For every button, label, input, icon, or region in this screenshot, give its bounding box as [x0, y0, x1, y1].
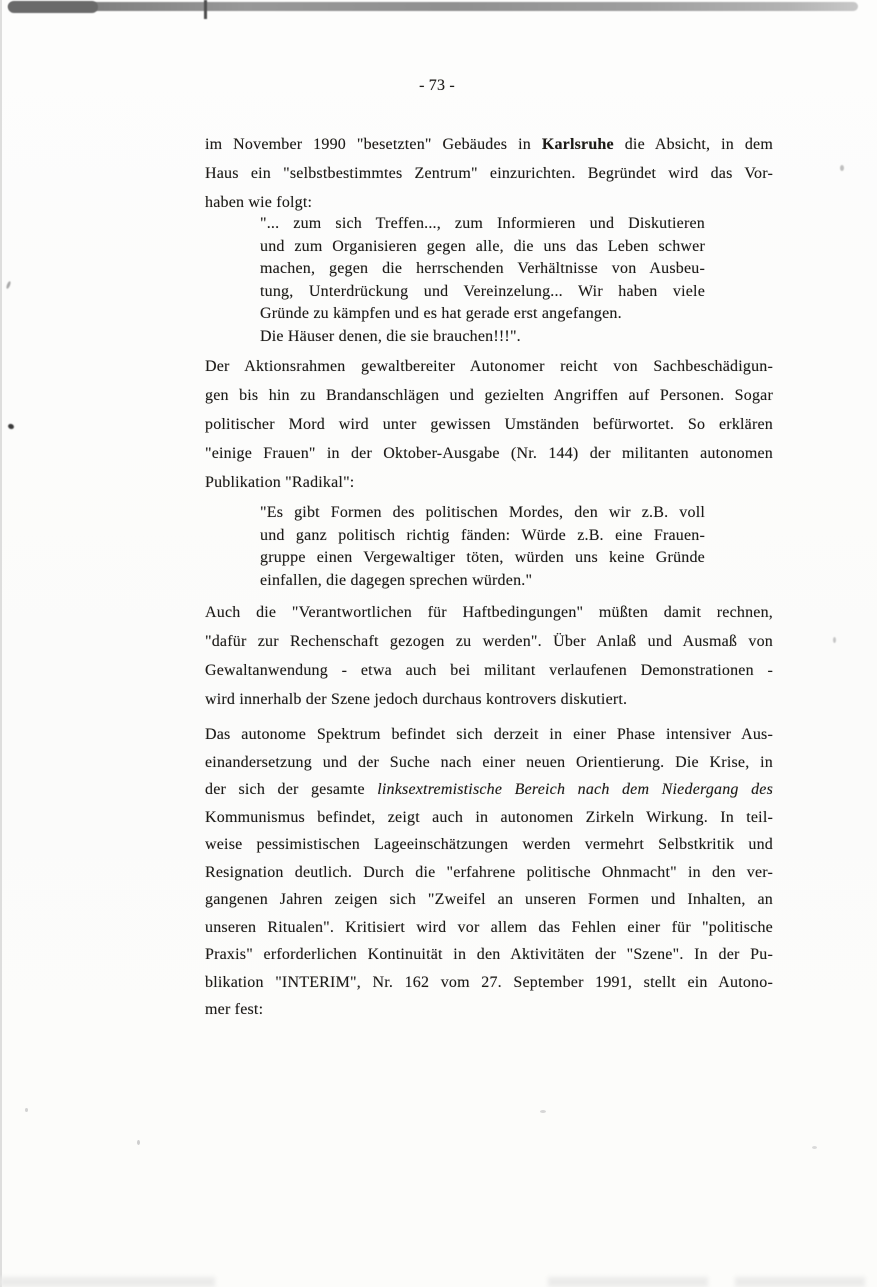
- text-line: Gründe zu kämpfen und es hat gerade erst…: [260, 303, 705, 326]
- text-segment: Gewaltanwendung - etwa auch bei militant…: [205, 662, 773, 679]
- text-segment: blikation "INTERIM", Nr. 162 vom 27. Sep…: [205, 974, 773, 991]
- text-line: machen, gegen die herrschenden Verhältni…: [260, 258, 705, 281]
- text-segment: linksextremistische Bereich nach dem Nie…: [377, 781, 773, 798]
- scan-artifact-top-tick: [204, 0, 207, 19]
- scan-artifact-speck: [833, 637, 836, 643]
- text-line: einfallen, die dagegen sprechen würden.": [260, 570, 705, 593]
- text-line: politischer Mord wird unter gewissen Ums…: [205, 410, 773, 439]
- text-line: einandersetzung und der Suche nach einer…: [205, 749, 773, 777]
- text-segment: die Absicht, in dem: [614, 136, 773, 153]
- paragraph-2: Der Aktionsrahmen gewaltbereiter Autonom…: [205, 352, 773, 497]
- text-segment: machen, gegen die herrschenden Verhältni…: [260, 260, 705, 277]
- text-line: und ganz politisch richtig fänden: Würde…: [260, 525, 705, 548]
- scan-artifact-speck: [840, 165, 844, 171]
- paragraph-4: Das autonome Spektrum befindet sich derz…: [205, 721, 773, 1024]
- scan-edge-shadow: [0, 0, 2, 1287]
- text-segment: "... zum sich Treffen..., zum Informiere…: [260, 215, 705, 232]
- text-line: Der Aktionsrahmen gewaltbereiter Autonom…: [205, 352, 773, 381]
- scan-artifact-bottom-smudge: [548, 1277, 708, 1287]
- scan-artifact-bottom-smudge: [0, 1277, 215, 1287]
- text-line: Praxis" erforderlichen Kontinuität in de…: [205, 941, 773, 969]
- text-segment: Gründe zu kämpfen und es hat gerade erst…: [260, 305, 622, 322]
- text-segment: haben wie folgt:: [205, 194, 312, 211]
- text-segment: gen bis hin zu Brandanschlägen und gezie…: [205, 387, 773, 404]
- text-line: Auch die "Verantwortlichen für Haftbedin…: [205, 598, 773, 627]
- page-number: - 73 -: [0, 76, 874, 96]
- text-line: im November 1990 "besetzten" Gebäudes in…: [205, 130, 773, 159]
- text-segment: einandersetzung und der Suche nach einer…: [205, 754, 773, 771]
- text-segment: Resignation deutlich. Durch die "erfahre…: [205, 864, 773, 881]
- text-segment: Publikation "Radikal":: [205, 474, 354, 491]
- paragraph-3: Auch die "Verantwortlichen für Haftbedin…: [205, 598, 773, 714]
- scan-artifact-speck: [25, 1108, 28, 1112]
- scan-artifact-ink-dot: [7, 423, 15, 430]
- text-segment: Der Aktionsrahmen gewaltbereiter Autonom…: [205, 358, 773, 375]
- text-line: Publikation "Radikal":: [205, 468, 773, 497]
- text-line: - 73 -: [0, 76, 874, 96]
- text-segment: politischer Mord wird unter gewissen Ums…: [205, 416, 773, 433]
- text-segment: - 73 -: [419, 77, 455, 94]
- text-line: Haus ein "selbstbestimmtes Zentrum" einz…: [205, 159, 773, 188]
- text-line: "Es gibt Formen des politischen Mordes, …: [260, 502, 705, 525]
- text-segment: Haus ein "selbstbestimmtes Zentrum" einz…: [205, 165, 773, 182]
- text-line: Kommunismus befindet, zeigt auch in auto…: [205, 804, 773, 832]
- paragraph-1: im November 1990 "besetzten" Gebäudes in…: [205, 130, 773, 217]
- text-line: Die Häuser denen, die sie brauchen!!!".: [260, 326, 705, 349]
- text-line: der sich der gesamte linksextremistische…: [205, 776, 773, 804]
- text-segment: einfallen, die dagegen sprechen würden.": [260, 572, 532, 589]
- scan-artifact-top-bar: [8, 2, 858, 11]
- text-line: "einige Frauen" in der Oktober-Ausgabe (…: [205, 439, 773, 468]
- text-line: Resignation deutlich. Durch die "erfahre…: [205, 859, 773, 887]
- text-segment: Die Häuser denen, die sie brauchen!!!".: [260, 328, 521, 345]
- text-segment: unseren Ritualen". Kritisiert wird vor a…: [205, 919, 773, 936]
- text-line: "... zum sich Treffen..., zum Informiere…: [260, 213, 705, 236]
- scan-artifact-bottom-smudge: [735, 1277, 865, 1287]
- text-line: unseren Ritualen". Kritisiert wird vor a…: [205, 914, 773, 942]
- scan-artifact-speck: [540, 1110, 546, 1113]
- text-line: Gewaltanwendung - etwa auch bei militant…: [205, 656, 773, 685]
- text-segment: gangenen Jahren zeigen sich "Zweifel an …: [205, 891, 773, 908]
- blockquote-2: "Es gibt Formen des politischen Mordes, …: [260, 502, 705, 592]
- text-segment: wird innerhalb der Szene jedoch durchaus…: [205, 691, 627, 708]
- text-segment: Karlsruhe: [542, 136, 614, 153]
- text-segment: der sich der gesamte: [205, 781, 377, 798]
- text-segment: "dafür zur Rechenschaft gezogen zu werde…: [205, 633, 773, 650]
- text-segment: im November 1990 "besetzten" Gebäudes in: [205, 136, 542, 153]
- text-segment: mer fest:: [205, 1001, 263, 1018]
- text-segment: "einige Frauen" in der Oktober-Ausgabe (…: [205, 445, 773, 462]
- text-segment: weise pessimistischen Lageeinschätzungen…: [205, 836, 773, 853]
- text-line: gen bis hin zu Brandanschlägen und gezie…: [205, 381, 773, 410]
- page: - 73 -im November 1990 "besetzten" Gebäu…: [0, 0, 877, 1287]
- text-line: blikation "INTERIM", Nr. 162 vom 27. Sep…: [205, 969, 773, 997]
- text-segment: und zum Organisieren gegen alle, die uns…: [260, 238, 705, 255]
- scan-artifact-slash-mark: [6, 281, 12, 290]
- text-line: mer fest:: [205, 996, 773, 1024]
- text-segment: Das autonome Spektrum befindet sich derz…: [205, 726, 773, 743]
- text-line: und zum Organisieren gegen alle, die uns…: [260, 236, 705, 259]
- blockquote-1: "... zum sich Treffen..., zum Informiere…: [260, 213, 705, 348]
- text-line: wird innerhalb der Szene jedoch durchaus…: [205, 685, 773, 714]
- text-segment: gruppe einen Vergewaltiger töten, würden…: [260, 549, 705, 566]
- text-line: gruppe einen Vergewaltiger töten, würden…: [260, 547, 705, 570]
- text-segment: Auch die "Verantwortlichen für Haftbedin…: [205, 604, 773, 621]
- text-segment: und ganz politisch richtig fänden: Würde…: [260, 527, 705, 544]
- text-segment: "Es gibt Formen des politischen Mordes, …: [260, 504, 705, 521]
- text-segment: tung, Unterdrückung und Vereinzelung... …: [260, 283, 705, 300]
- text-line: tung, Unterdrückung und Vereinzelung... …: [260, 281, 705, 304]
- text-line: "dafür zur Rechenschaft gezogen zu werde…: [205, 627, 773, 656]
- scan-artifact-speck: [137, 1140, 140, 1145]
- text-line: gangenen Jahren zeigen sich "Zweifel an …: [205, 886, 773, 914]
- text-line: Das autonome Spektrum befindet sich derz…: [205, 721, 773, 749]
- text-segment: Praxis" erforderlichen Kontinuität in de…: [205, 946, 773, 963]
- scan-artifact-speck: [812, 1146, 817, 1149]
- text-line: weise pessimistischen Lageeinschätzungen…: [205, 831, 773, 859]
- text-segment: Kommunismus befindet, zeigt auch in auto…: [205, 809, 773, 826]
- scan-artifact-top-bar-cap: [8, 1, 98, 13]
